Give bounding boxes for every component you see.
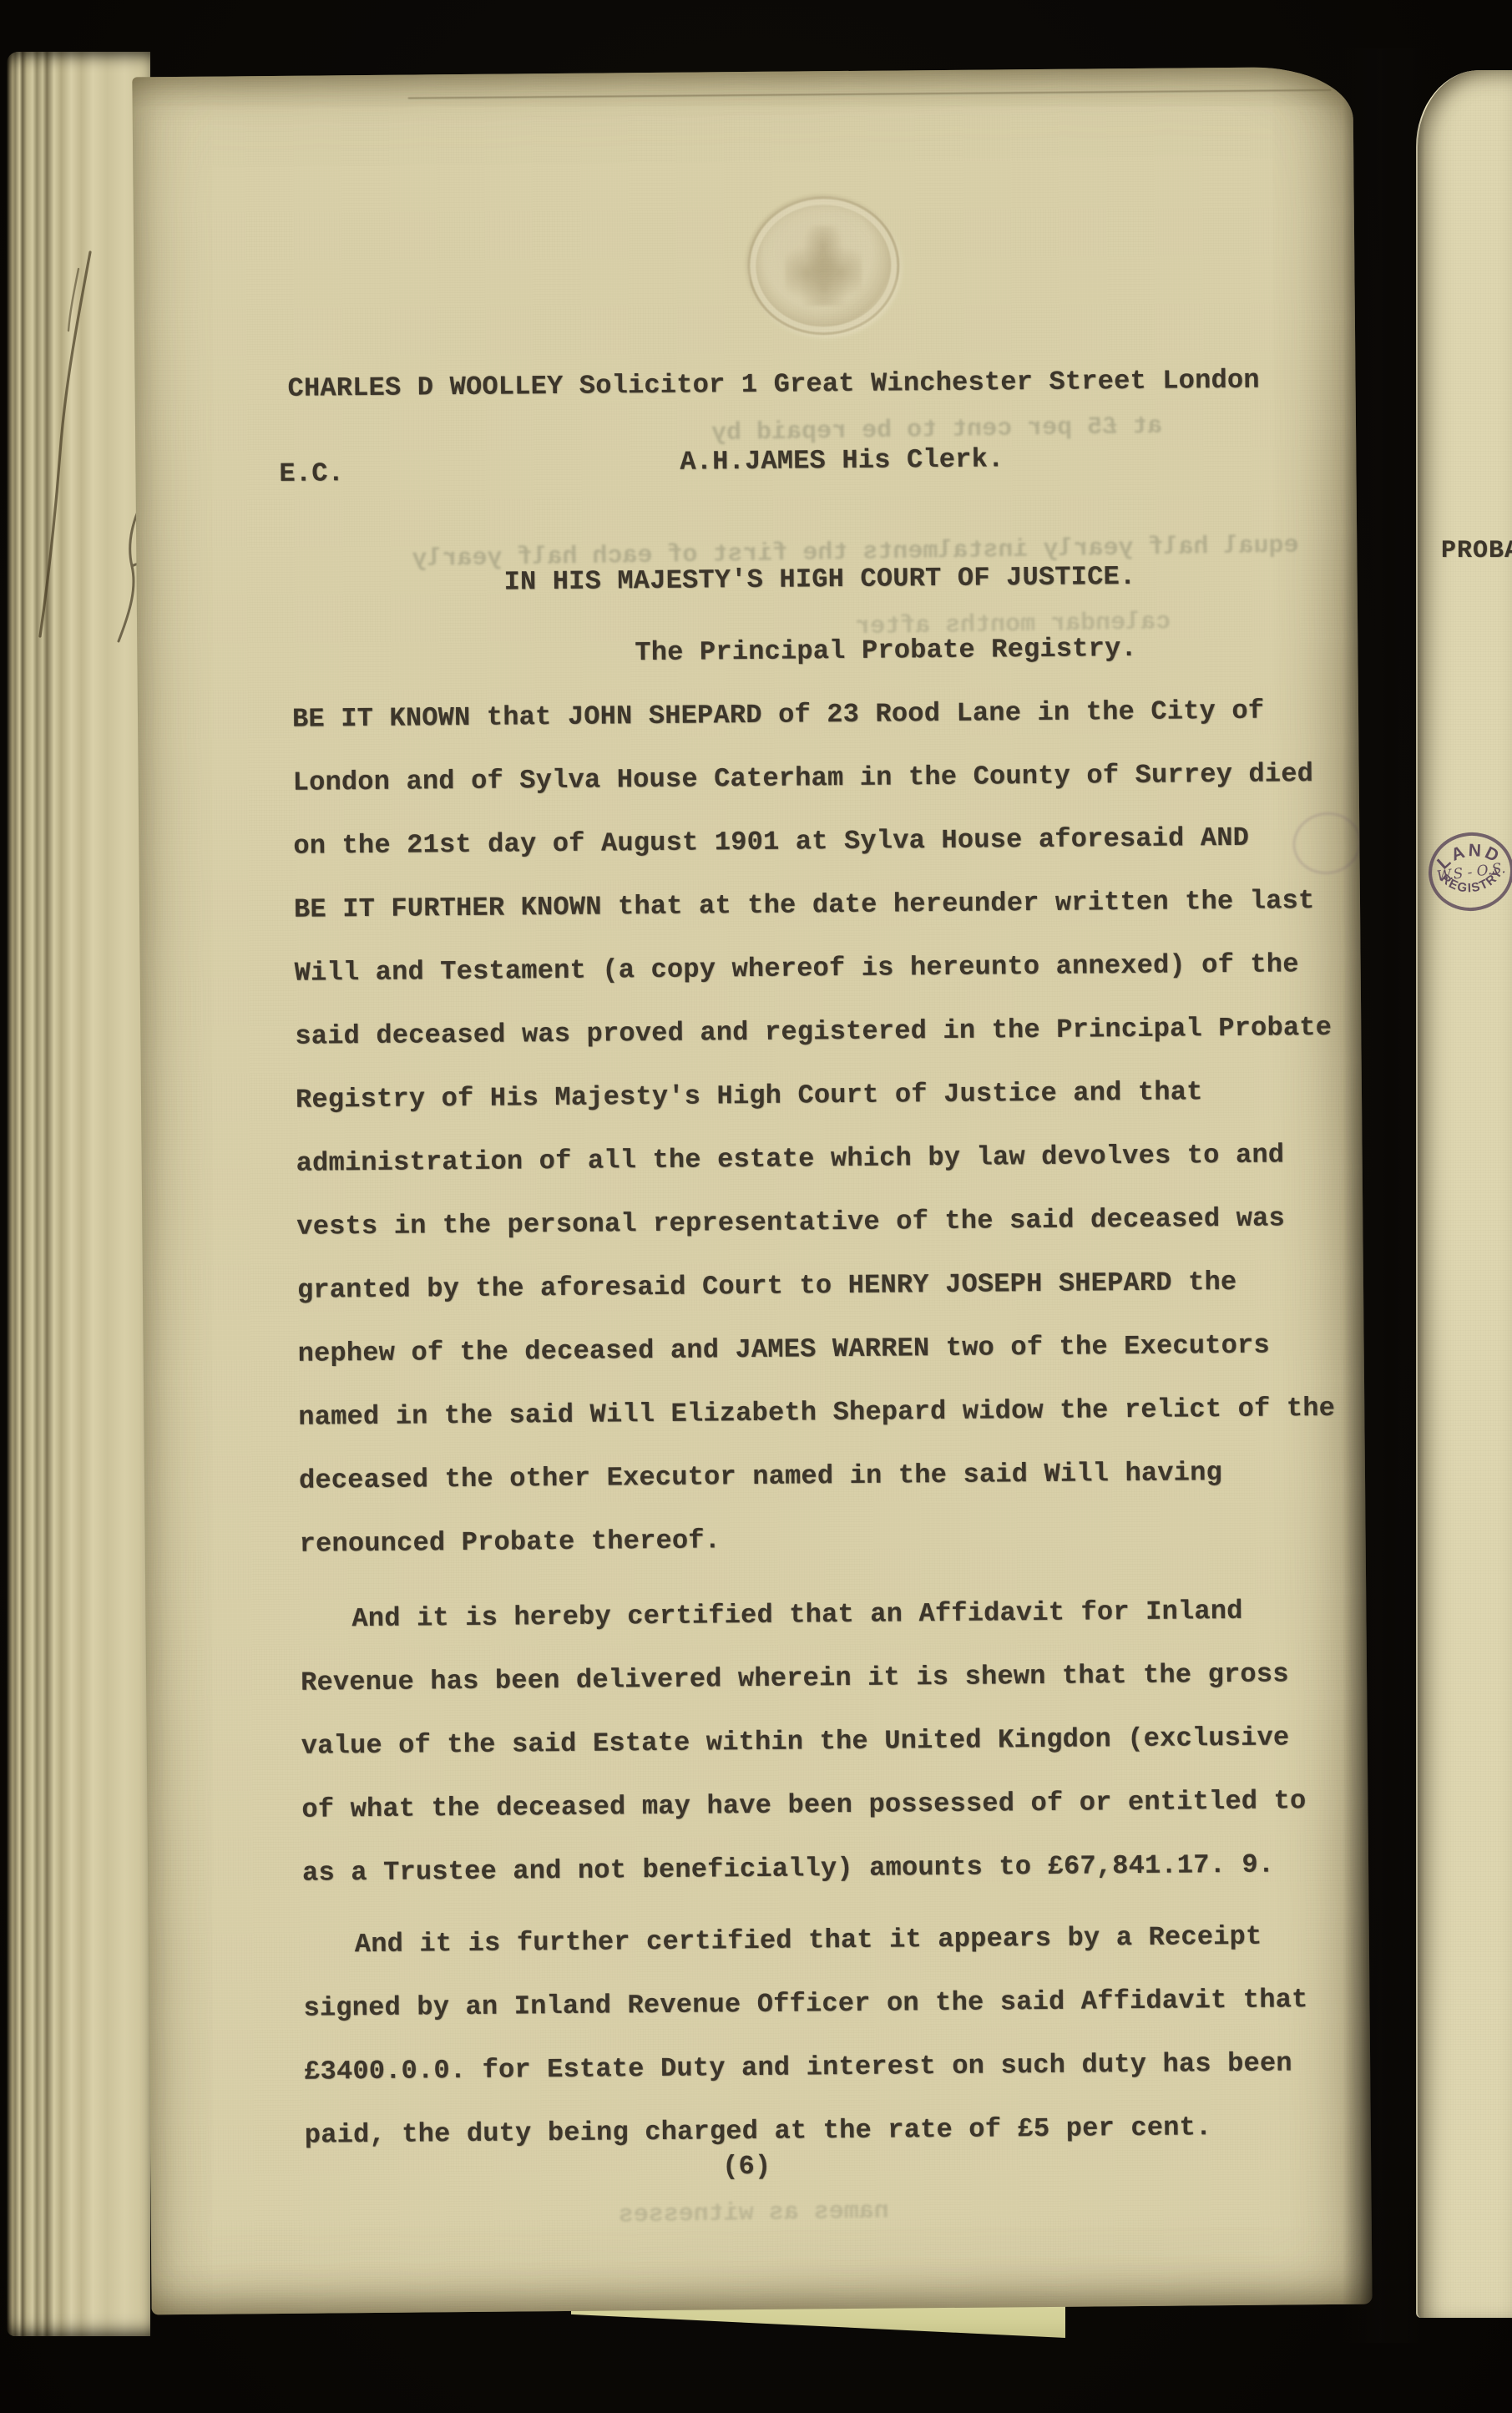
typed-line: BE IT KNOWN that JOHN SHEPARD of 23 Rood…: [292, 679, 1347, 751]
typed-line: value of the said Estate within the Unit…: [301, 1706, 1355, 1778]
typed-line: London and of Sylva House Caterham in th…: [292, 742, 1347, 815]
typed-line: signed by an Inland Revenue Officer on t…: [303, 1968, 1358, 2041]
typed-line: of what the deceased may have been posse…: [301, 1769, 1356, 1842]
typed-line: BE IT FURTHER KNOWN that at the date her…: [294, 869, 1348, 942]
court-heading: IN HIS MAJESTY'S HIGH COURT OF JUSTICE.: [503, 561, 1135, 598]
land-registry-stamp-icon: LAND REGISTRY W.S - O.S.: [1419, 822, 1512, 923]
adjacent-page-edge: PROBA LAND REGISTRY W.S - O.S.: [1416, 70, 1512, 2318]
typed-line: Revenue has been delivered wherein it is…: [301, 1642, 1355, 1715]
book-photo: { "document": { "solicitor_line": "CHARL…: [0, 0, 1512, 2413]
typed-line: renounced Probate thereof.: [299, 1504, 1353, 1576]
royal-arms-embossed-seal-icon: [747, 195, 900, 336]
typed-line: on the 21st day of August 1901 at Sylva …: [293, 806, 1348, 878]
page-stack-edges: [7, 52, 150, 2336]
typed-line: Will and Testament (a copy whereof is he…: [294, 933, 1348, 1005]
postal-district: E.C.: [279, 458, 344, 489]
probate-document-page: at £5 per cent to be repaid by equal hal…: [132, 67, 1372, 2315]
adjacent-page-partial-text: PROBA: [1441, 537, 1512, 565]
typed-line: Registry of His Majesty's High Court of …: [296, 1060, 1350, 1132]
typed-line: £3400.0.0. for Estate Duty and interest …: [304, 2031, 1358, 2104]
typed-line: deceased the other Executor named in the…: [299, 1440, 1353, 1513]
ghost-text: names as witnesses: [618, 2197, 889, 2229]
page-number: (6): [722, 2151, 771, 2183]
clerk-line: A.H.JAMES His Clerk.: [680, 443, 1004, 477]
typed-line: And it is further certified that it appe…: [303, 1905, 1358, 1977]
typed-line: administration of all the estate which b…: [296, 1123, 1350, 1196]
typed-line: as a Trustee and not beneficially) amoun…: [302, 1833, 1357, 1905]
typed-line: granted by the aforesaid Court to HENRY …: [297, 1250, 1352, 1323]
document-body: BE IT KNOWN that JOHN SHEPARD of 23 Rood…: [292, 679, 1358, 2168]
typed-line: said deceased was proved and registered …: [295, 996, 1349, 1069]
typed-line: vests in the personal representative of …: [296, 1186, 1351, 1259]
under-sheet-edge: [408, 89, 1332, 99]
typed-line: And it is hereby certified that an Affid…: [300, 1579, 1354, 1652]
solicitor-line: CHARLES D WOOLLEY Solicitor 1 Great Winc…: [287, 365, 1259, 404]
registry-heading: The Principal Probate Registry.: [635, 633, 1137, 668]
coat-of-arms: [785, 225, 862, 306]
typed-line: paid, the duty being charged at the rate…: [305, 2095, 1359, 2168]
clerk-row: E.C. A.H.JAMES His Clerk.: [135, 441, 1356, 485]
typed-line: named in the said Will Elizabeth Shepard…: [298, 1377, 1353, 1449]
typed-line: nephew of the deceased and JAMES WARREN …: [297, 1313, 1352, 1386]
